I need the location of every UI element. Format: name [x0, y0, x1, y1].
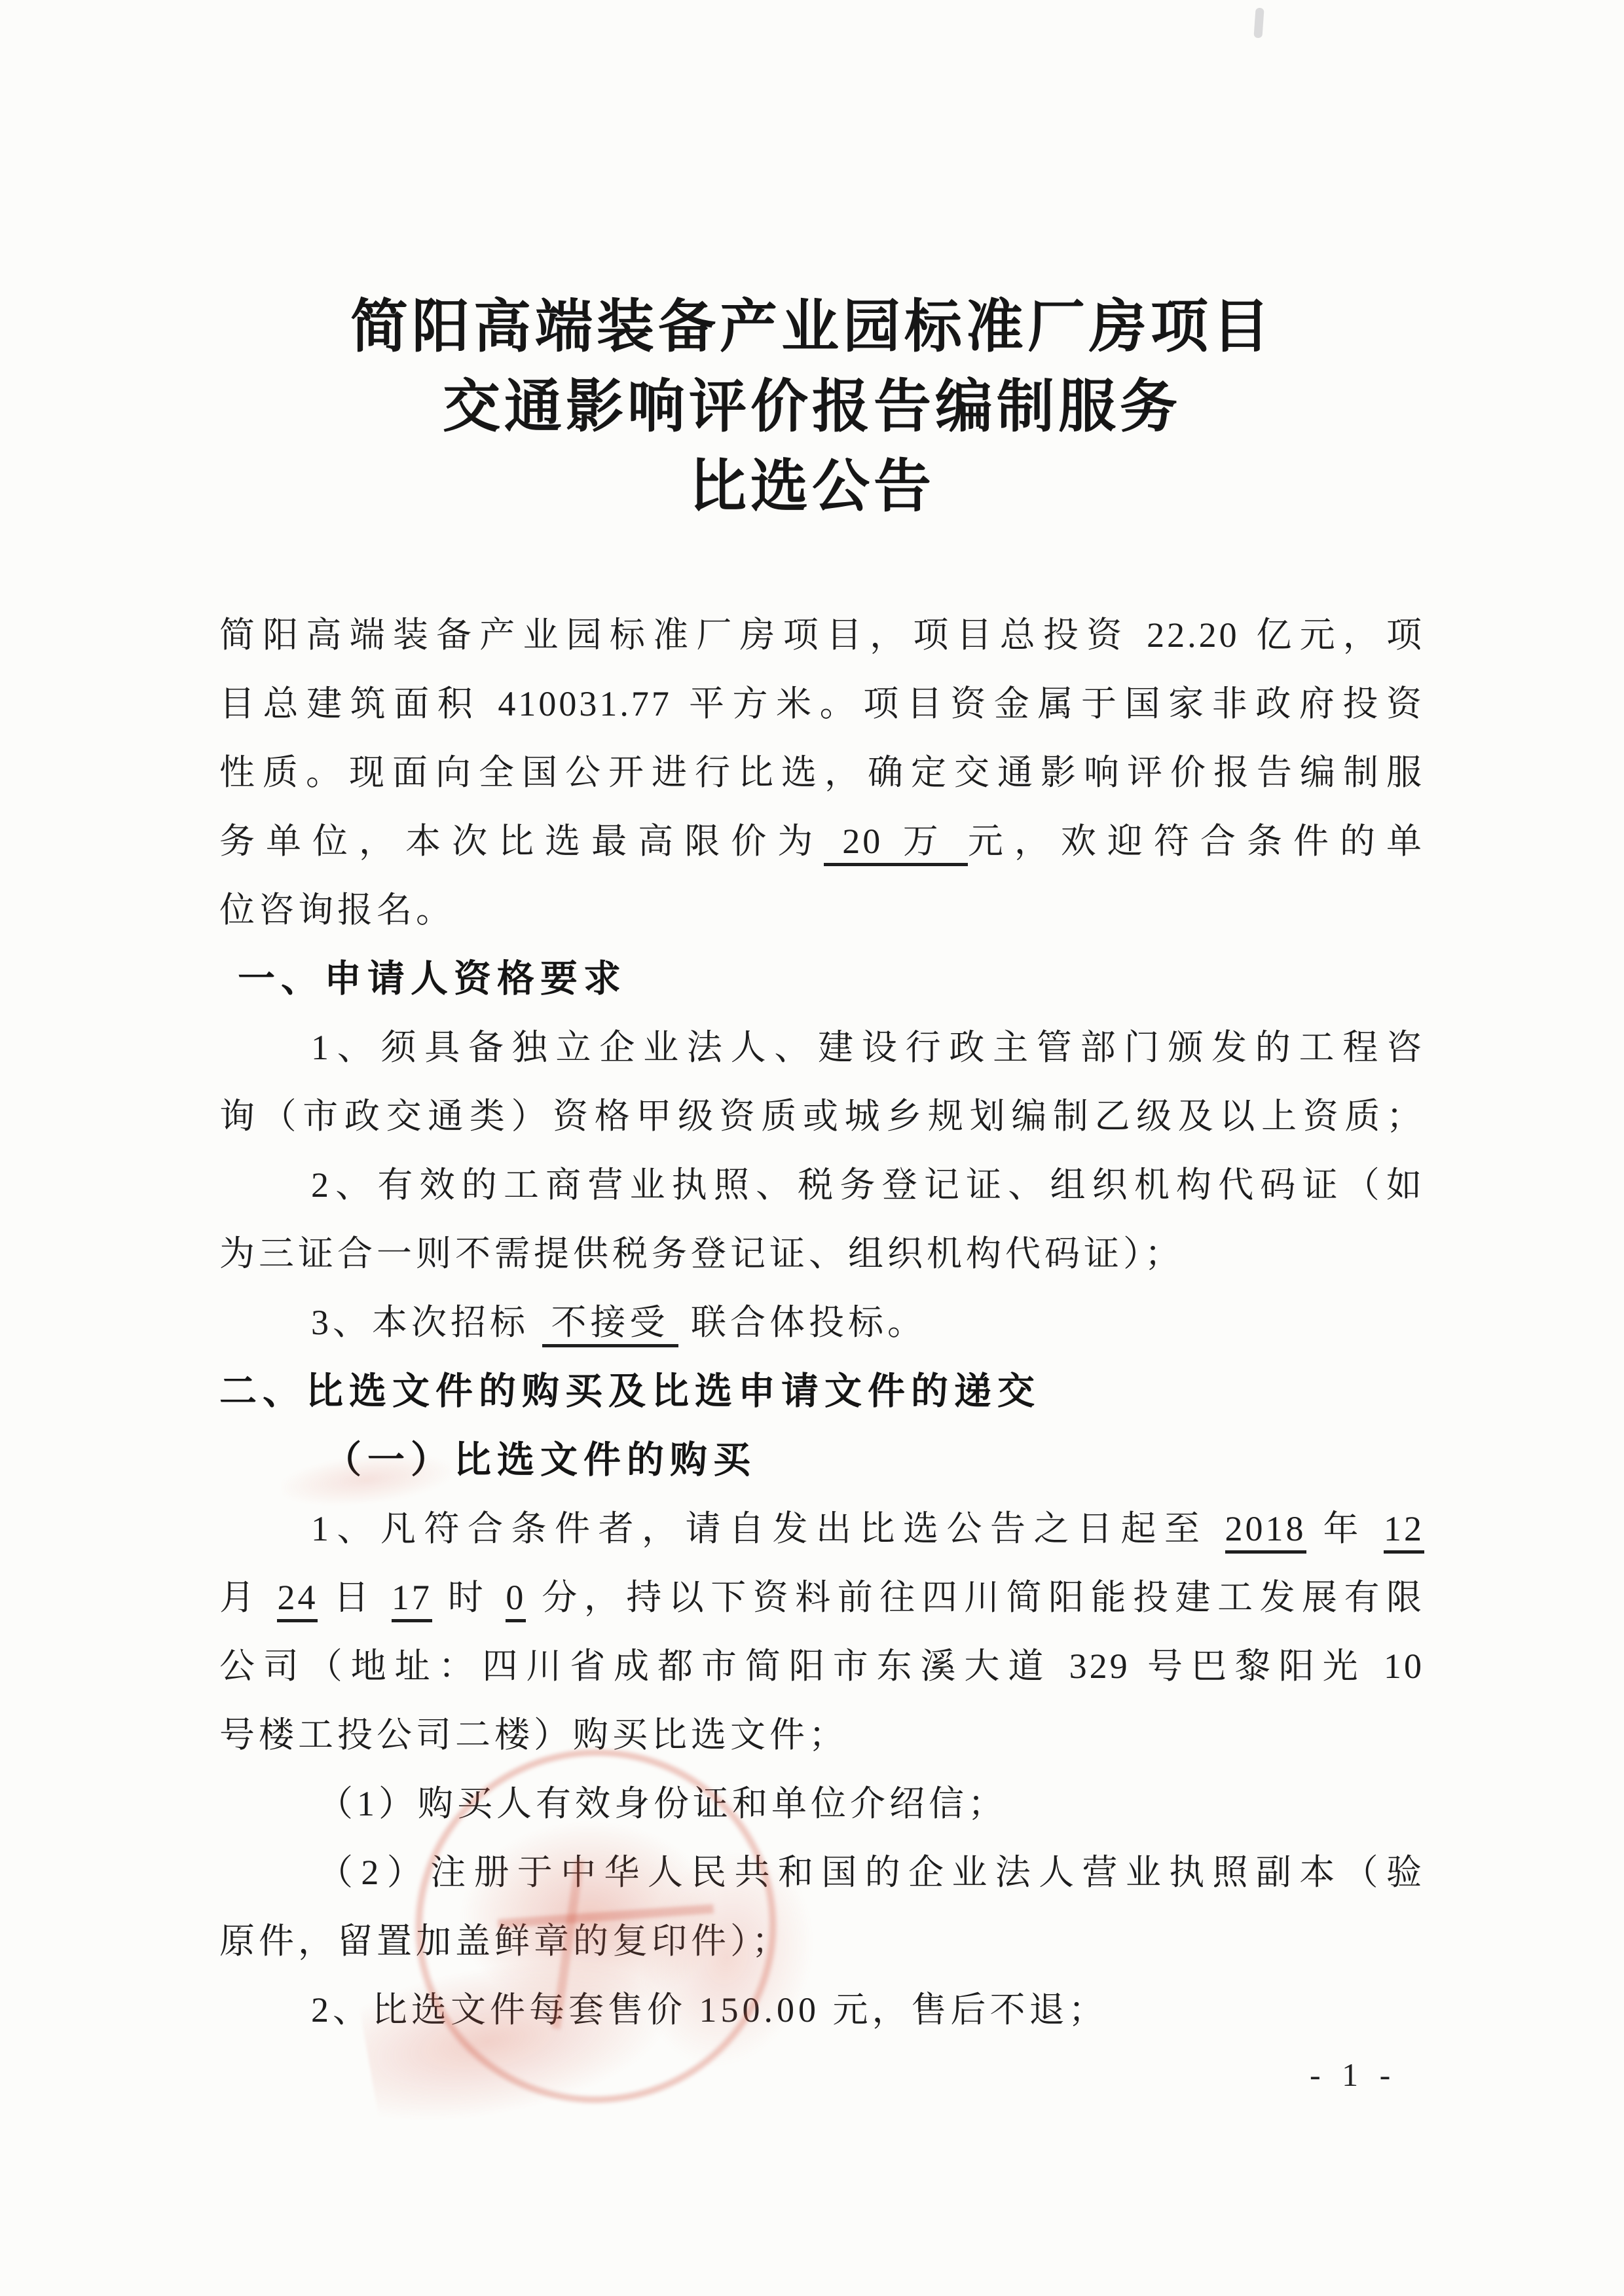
section-heading: 二、比选文件的购买及比选申请文件的递交	[219, 1357, 1424, 1426]
scan-artifact-mark	[1253, 8, 1264, 39]
text-segment: 为三证合一则不需提供税务登记证、组织机构代码证）；	[219, 1234, 1184, 1273]
text-line: 3、本次招标 不接受 联合体投标。	[219, 1288, 1424, 1357]
text-segment: （一）比选文件的购买	[324, 1439, 756, 1481]
text-segment: 1、凡符合条件者，请自发出比选公告之日起至	[311, 1509, 1225, 1548]
text-segment: 务单位，本次比选最高限价为	[219, 822, 824, 861]
title-line-1: 简阳高端装备产业园标准厂房项目	[210, 287, 1414, 367]
text-segment: 性质。现面向全国公开进行比选，确定交通影响评价报告编制服	[219, 753, 1424, 792]
text-line: 公司（地址：四川省成都市简阳市东溪大道 329 号巴黎阳光 10	[219, 1632, 1424, 1701]
text-segment: 年	[1306, 1509, 1384, 1548]
text-segment: 目总建筑面积 410031.77 平方米。项目资金属于国家非政府投资	[219, 684, 1424, 723]
text-segment: 日	[318, 1578, 391, 1617]
text-line: （2）注册于中华人民共和国的企业法人营业执照副本（验	[219, 1838, 1424, 1907]
underlined-value: 17	[392, 1578, 432, 1622]
text-segment: 联合体投标。	[678, 1303, 927, 1342]
text-segment: 2、有效的工商营业执照、税务登记证、组织机构代码证（如	[311, 1165, 1424, 1205]
text-segment: 时	[432, 1578, 506, 1617]
underlined-value: 不接受	[542, 1303, 678, 1347]
text-segment: 月	[219, 1578, 277, 1617]
text-line: 询（市政交通类）资格甲级资质或城乡规划编制乙级及以上资质；	[219, 1082, 1424, 1151]
text-line: 位咨询报名。	[219, 876, 1424, 945]
text-segment: （2）注册于中华人民共和国的企业法人营业执照副本（验	[318, 1853, 1424, 1892]
text-line: 性质。现面向全国公开进行比选，确定交通影响评价报告编制服	[219, 738, 1424, 807]
text-segment: 3、本次招标	[311, 1303, 542, 1342]
underlined-value: 0	[506, 1578, 526, 1622]
text-segment: 分，持以下资料前往四川简阳能投建工发展有限	[526, 1578, 1424, 1617]
text-line: 为三证合一则不需提供税务登记证、组织机构代码证）；	[219, 1220, 1424, 1288]
text-line: 2、有效的工商营业执照、税务登记证、组织机构代码证（如	[219, 1151, 1424, 1220]
text-segment: 元，欢迎符合条件的单	[968, 822, 1424, 861]
text-segment: 号楼工投公司二楼）购买比选文件；	[219, 1715, 848, 1755]
title-line-2: 交通影响评价报告编制服务	[210, 367, 1414, 446]
text-segment: （1）购买人有效身份证和单位介绍信；	[318, 1784, 1007, 1823]
underlined-value: 2018	[1225, 1509, 1306, 1554]
title-line-3: 比选公告	[210, 446, 1414, 526]
document-body: 简阳高端装备产业园标准厂房项目，项目总投资 22.20 亿元，项目总建筑面积 4…	[219, 601, 1424, 2045]
page-number: - 1 -	[1310, 2056, 1397, 2094]
text-line: 务单位，本次比选最高限价为20 万元，欢迎符合条件的单	[219, 807, 1424, 876]
text-segment: 公司（地址：四川省成都市简阳市东溪大道 329 号巴黎阳光 10	[219, 1647, 1424, 1686]
text-line: 简阳高端装备产业园标准厂房项目，项目总投资 22.20 亿元，项	[219, 601, 1424, 670]
text-segment: 询（市政交通类）资格甲级资质或城乡规划编制乙级及以上资质；	[219, 1097, 1424, 1136]
text-segment: 简阳高端装备产业园标准厂房项目，项目总投资 22.20 亿元，项	[219, 615, 1424, 655]
text-segment: 一、申请人资格要求	[238, 958, 627, 1000]
text-line: 2、比选文件每套售价 150.00 元，售后不退；	[219, 1976, 1424, 2045]
text-segment: 2、比选文件每套售价 150.00 元，售后不退；	[311, 1990, 1108, 2030]
text-line: 号楼工投公司二楼）购买比选文件；	[219, 1701, 1424, 1770]
underlined-value: 24	[277, 1578, 318, 1622]
page-title: 简阳高端装备产业园标准厂房项目 交通影响评价报告编制服务 比选公告	[210, 287, 1414, 526]
document-page: 简阳高端装备产业园标准厂房项目 交通影响评价报告编制服务 比选公告 简阳高端装备…	[0, 0, 1624, 2296]
text-segment: 位咨询报名。	[219, 890, 455, 930]
text-line: （1）购买人有效身份证和单位介绍信；	[219, 1770, 1424, 1838]
underlined-value: 12	[1384, 1509, 1424, 1554]
text-segment: 原件，留置加盖鲜章的复印件）；	[219, 1922, 791, 1961]
text-line: 目总建筑面积 410031.77 平方米。项目资金属于国家非政府投资	[219, 670, 1424, 738]
text-line: 1、凡符合条件者，请自发出比选公告之日起至 2018 年 12	[219, 1495, 1424, 1563]
text-line: 月 24 日 17 时 0 分，持以下资料前往四川简阳能投建工发展有限	[219, 1563, 1424, 1632]
section-heading: （一）比选文件的购买	[219, 1426, 1424, 1495]
text-segment: 二、比选文件的购买及比选申请文件的递交	[219, 1370, 1041, 1412]
text-line: 原件，留置加盖鲜章的复印件）；	[219, 1907, 1424, 1976]
text-segment: 1、须具备独立企业法人、建设行政主管部门颁发的工程咨	[311, 1028, 1424, 1067]
underlined-value: 20 万	[824, 822, 968, 866]
text-line: 1、须具备独立企业法人、建设行政主管部门颁发的工程咨	[219, 1013, 1424, 1082]
section-heading: 一、申请人资格要求	[219, 945, 1424, 1013]
